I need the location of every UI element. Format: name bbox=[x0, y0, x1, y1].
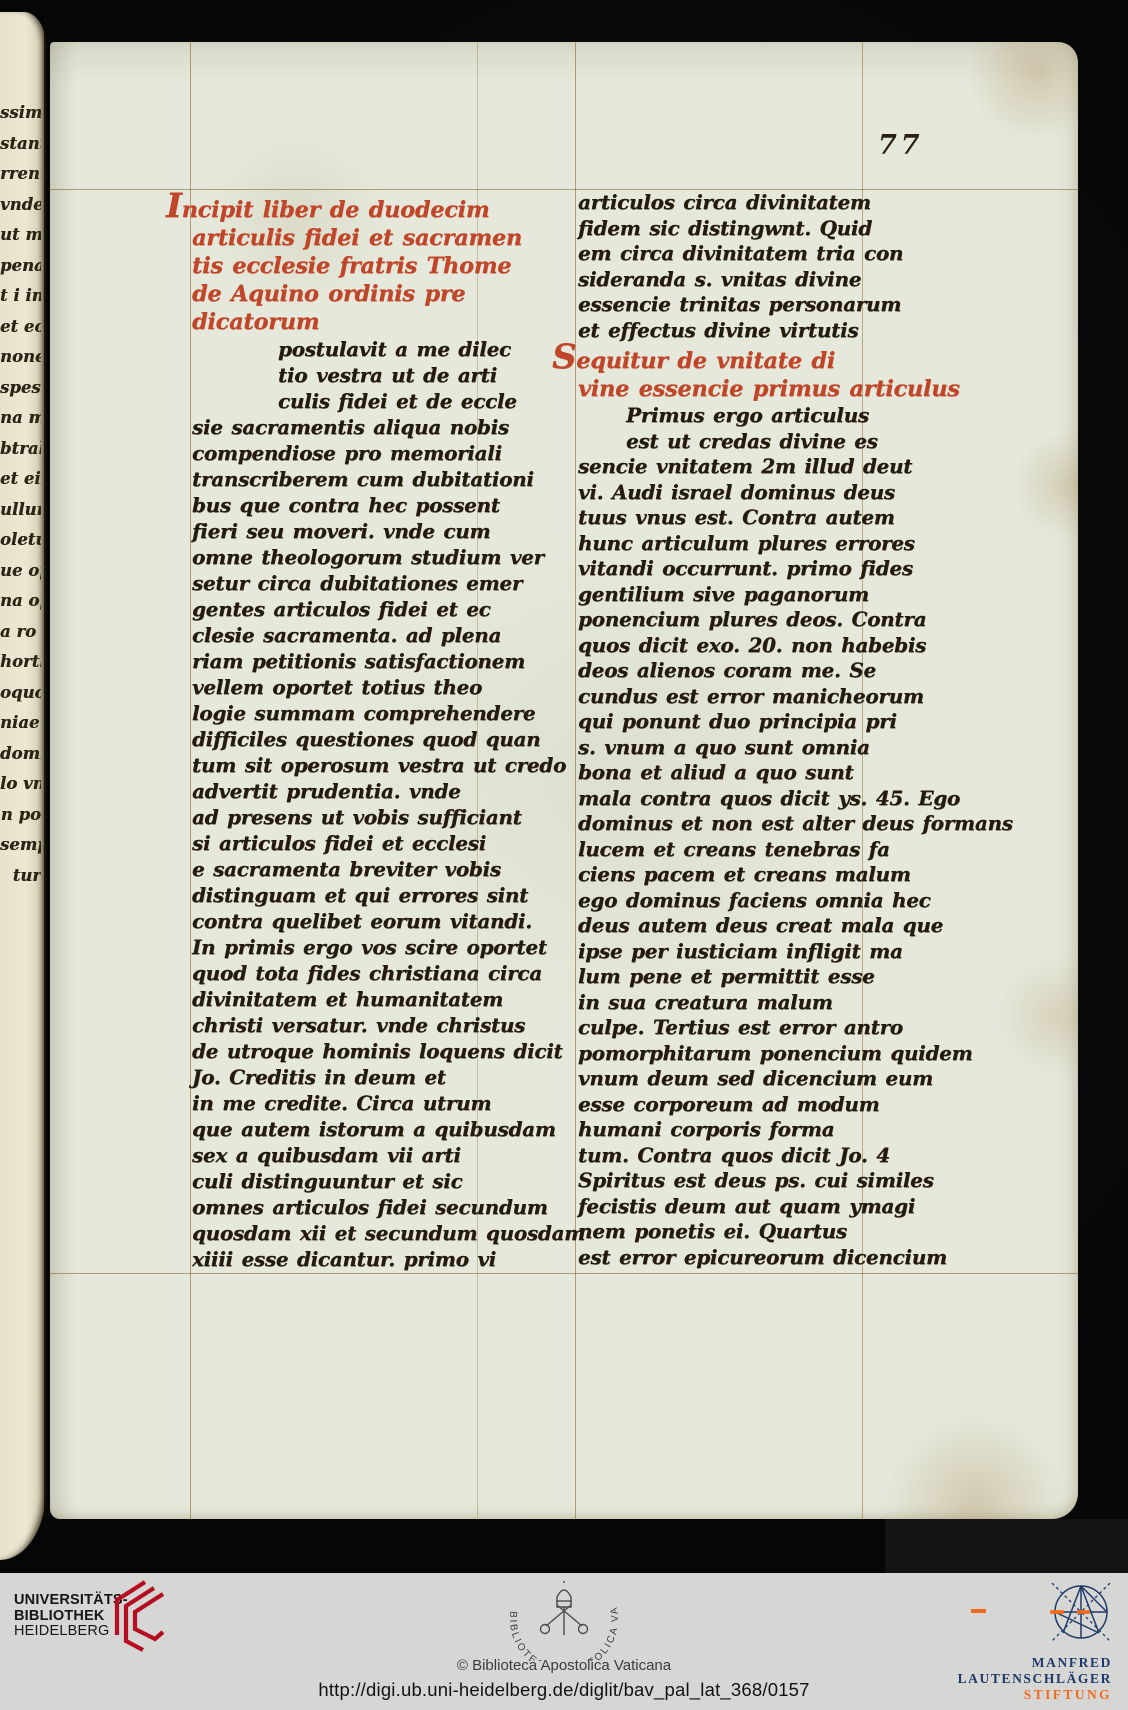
manuscript-text-line: in me credite. Circa utrum bbox=[192, 1090, 502, 1116]
manuscript-text-line: tio vestra ut de arti bbox=[192, 362, 502, 388]
manuscript-text-line: Jo. Creditis in deum et bbox=[192, 1064, 502, 1090]
manuscript-text-line: quod tota fides christiana circa bbox=[192, 960, 502, 986]
manuscript-text-line: de utroque hominis loquens dicit bbox=[192, 1038, 502, 1064]
manuscript-text-line: gentes articulos fidei et ec bbox=[192, 596, 502, 622]
marginalia-fragment: ulluno bbox=[0, 495, 41, 526]
marginalia-fragment: ssima pe bbox=[0, 98, 41, 129]
manuscript-text-line: christi versatur. vnde christus bbox=[192, 1012, 502, 1038]
manuscript-text-line: hunc articulum plures errores bbox=[578, 531, 888, 557]
ub-heidelberg-logo-icon bbox=[112, 1579, 168, 1658]
ruling-horizontal-bottom bbox=[50, 1273, 1078, 1274]
manuscript-text-line: xiiii esse dicantur. primo vi bbox=[192, 1246, 502, 1272]
manuscript-text-line: vellem oportet totius theo bbox=[192, 674, 502, 700]
marginalia-fragment: na opa bbox=[0, 586, 41, 617]
stiftung-dash-icon bbox=[971, 1609, 986, 1613]
manuscript-text-line: tum sit operosum vestra ut credo bbox=[192, 752, 502, 778]
page-bottom-shadow bbox=[885, 1519, 1128, 1573]
manuscript-text-line: pomorphitarum ponencium quidem bbox=[578, 1041, 888, 1067]
manuscript-text-line: quos dicit exo. 20. non habebis bbox=[578, 633, 888, 659]
manuscript-text-line: articulis fidei et sacramen bbox=[192, 224, 502, 252]
manuscript-text-line: tum. Contra quos dicit Jo. 4 bbox=[578, 1143, 888, 1169]
manuscript-text-line: sideranda s. vnitas divine bbox=[578, 267, 888, 293]
marginalia-fragment: tur bbox=[0, 861, 41, 892]
manuscript-text-line: in sua creatura malum bbox=[578, 990, 888, 1016]
stiftung-line3: STIFTUNG bbox=[958, 1687, 1112, 1703]
manuscript-text-line: nem ponetis ei. Quartus bbox=[578, 1219, 888, 1245]
stiftung-wordmark: MANFRED LAUTENSCHLÄGER STIFTUNG bbox=[958, 1655, 1112, 1703]
marginalia-fragment: et eis bbox=[0, 464, 41, 495]
marginalia-fragment: niae ex bbox=[0, 708, 41, 739]
manuscript-text-line: tuus vnus est. Contra autem bbox=[578, 505, 888, 531]
manuscript-text-line: bona et aliud a quo sunt bbox=[578, 760, 888, 786]
manuscript-text-line: lucem et creans tenebras fa bbox=[578, 837, 888, 863]
manuscript-text-line: tis ecclesie fratris Thome bbox=[192, 252, 502, 280]
ruling-vertical-col2-left bbox=[575, 42, 576, 1519]
manuscript-text-line: vi. Audi israel dominus deus bbox=[578, 480, 888, 506]
manuscript-text-line: logie summam comprehendere bbox=[192, 700, 502, 726]
manuscript-text-line: ad presens ut vobis sufficiant bbox=[192, 804, 502, 830]
stiftung-globe-icon bbox=[1044, 1583, 1114, 1648]
previous-page-edge: ssima pestanti eiusrrentesvnde deut mori… bbox=[0, 12, 46, 1560]
marginalia-fragment: spes de bbox=[0, 373, 41, 404]
marginalia-fragment: ue opa bbox=[0, 556, 41, 587]
manuscript-text-line: ciens pacem et creans malum bbox=[578, 862, 888, 888]
marginalia-fragment: semp bbox=[0, 830, 41, 861]
marginalia-fragment: a ro tra bbox=[0, 617, 41, 648]
marginalia-fragment: t i infer bbox=[0, 281, 41, 312]
manuscript-text-line: sex a quibusdam vii arti bbox=[192, 1142, 502, 1168]
manuscript-text-line: deus autem deus creat mala que bbox=[578, 913, 888, 939]
manuscript-text-line: articulos circa divinitatem bbox=[578, 190, 888, 216]
scan-viewport: ssima pestanti eiusrrentesvnde deut mori… bbox=[0, 0, 1128, 1573]
text-column-left: Incipit liber de duodecimarticulis fidei… bbox=[192, 192, 502, 1272]
manuscript-text-line: clesie sacramenta. ad plena bbox=[192, 622, 502, 648]
manuscript-text-line: essencie trinitas personarum bbox=[578, 292, 888, 318]
manuscript-text-line: dicatorum bbox=[192, 308, 502, 336]
manuscript-text-line: que autem istorum a quibusdam bbox=[192, 1116, 502, 1142]
manuscript-text-line: distinguam et qui errores sint bbox=[192, 882, 502, 908]
manuscript-text-line: cundus est error manicheorum bbox=[578, 684, 888, 710]
ub-heidelberg-wordmark: UNIVERSITÄTS- BIBLIOTHEK HEIDELBERG bbox=[14, 1593, 128, 1640]
manuscript-text-line: fidem sic distingwnt. Quid bbox=[578, 216, 888, 242]
marginalia-fragment: domi bbox=[0, 739, 41, 770]
ub-line2: BIBLIOTHEK bbox=[14, 1609, 128, 1625]
manuscript-text-line: In primis ergo vos scire oportet bbox=[192, 934, 502, 960]
marginalia-fragment: vnde de bbox=[0, 190, 41, 221]
marginalia-fragment: penas bbox=[0, 251, 41, 282]
stiftung-line1: MANFRED bbox=[958, 1655, 1112, 1671]
manuscript-text-line: esse corporeum ad modum bbox=[578, 1092, 888, 1118]
ruling-vertical-left bbox=[190, 42, 191, 1519]
manuscript-text-line: omnes articulos fidei secundum bbox=[192, 1194, 502, 1220]
marginalia-fragment: lo vn bbox=[0, 769, 41, 800]
manuscript-text-line: fieri seu moveri. vnde cum bbox=[192, 518, 502, 544]
text-column-right: articulos circa divinitatemfidem sic dis… bbox=[578, 190, 888, 1270]
marginalia-fragment: ut mori bbox=[0, 220, 41, 251]
manuscript-text-line: Spiritus est deus ps. cui similes bbox=[578, 1168, 888, 1194]
manuscript-text-line: fecistis deum aut quam ymagi bbox=[578, 1194, 888, 1220]
manuscript-text-line: em circa divinitatem tria con bbox=[578, 241, 888, 267]
ub-line1: UNIVERSITÄTS- bbox=[14, 1593, 128, 1609]
screenshot-root: ssima pestanti eiusrrentesvnde deut mori… bbox=[0, 0, 1128, 1710]
marginalia-fragment: stanti eius bbox=[0, 129, 41, 160]
marginalia-fragment: n po bbox=[0, 800, 41, 831]
manuscript-text-line: et effectus divine virtutis bbox=[578, 318, 888, 344]
manuscript-text-line: sencie vnitatem 2m illud deut bbox=[578, 454, 888, 480]
manuscript-text-line: advertit prudentia. vnde bbox=[192, 778, 502, 804]
manuscript-text-line: lum pene et permittit esse bbox=[578, 964, 888, 990]
manuscript-text-line: vitandi occurrunt. primo fides bbox=[578, 556, 888, 582]
manuscript-text-line: quosdam xii et secundum quosdam bbox=[192, 1220, 502, 1246]
manuscript-text-line: Primus ergo articulus bbox=[578, 403, 888, 429]
manuscript-text-line: culpe. Tertius est error antro bbox=[578, 1015, 888, 1041]
marginalia-fragment: rrentes bbox=[0, 159, 41, 190]
manuscript-text-line: transcriberem cum dubitationi bbox=[192, 466, 502, 492]
manuscript-text-line: postulavit a me dilec bbox=[192, 336, 502, 362]
manuscript-text-line: setur circa dubitationes emer bbox=[192, 570, 502, 596]
manuscript-text-line: est ut credas divine es bbox=[578, 429, 888, 455]
manuscript-text-line: dominus et non est alter deus formans bbox=[578, 811, 888, 837]
manuscript-text-line: compendiose pro memoriali bbox=[192, 440, 502, 466]
manuscript-text-line: qui ponunt duo principia pri bbox=[578, 709, 888, 735]
manuscript-text-line: de Aquino ordinis pre bbox=[192, 280, 502, 308]
ruling-horizontal-top bbox=[50, 189, 1078, 190]
manuscript-text-line: est error epicureorum dicencium bbox=[578, 1245, 888, 1271]
manuscript-text-line: omne theologorum studium ver bbox=[192, 544, 502, 570]
footer-bar: UNIVERSITÄTS- BIBLIOTHEK HEIDELBERG bbox=[0, 1573, 1128, 1710]
marginalia-fragment: na mi bbox=[0, 403, 41, 434]
manuscript-text-line: culi distinguuntur et sic bbox=[192, 1168, 502, 1194]
manuscript-text-line: ego dominus faciens omnia hec bbox=[578, 888, 888, 914]
manuscript-text-line: mala contra quos dicit ys. 45. Ego bbox=[578, 786, 888, 812]
manuscript-text-line: contra quelibet eorum vitandi. bbox=[192, 908, 502, 934]
manuscript-text-line: gentilium sive paganorum bbox=[578, 582, 888, 608]
marginalia-fragment: oletur bbox=[0, 525, 41, 556]
manuscript-page: 77 Incipit liber de duodecimarticulis fi… bbox=[50, 42, 1078, 1519]
stiftung-line2: LAUTENSCHLÄGER bbox=[958, 1671, 1112, 1687]
manuscript-text-line: s. vnum a quo sunt omnia bbox=[578, 735, 888, 761]
manuscript-text-line: deos alienos coram me. Se bbox=[578, 658, 888, 684]
manuscript-text-line: difficiles questiones quod quan bbox=[192, 726, 502, 752]
manuscript-text-line: ipse per iusticiam infligit ma bbox=[578, 939, 888, 965]
folio-number: 77 bbox=[878, 130, 924, 161]
marginalia-fragment: none na bbox=[0, 342, 41, 373]
vatican-emblem-icon: BIBLIOTECA APOSTOLICA VATICANA bbox=[497, 1581, 631, 1666]
manuscript-text-line: humani corporis forma bbox=[578, 1117, 888, 1143]
manuscript-text-line: vine essencie primus articulus bbox=[578, 375, 888, 403]
manuscript-text-line: si articulos fidei et ecclesi bbox=[192, 830, 502, 856]
marginalia-fragment: horth bbox=[0, 647, 41, 678]
manuscript-text-line: riam petitionis satisfactionem bbox=[192, 648, 502, 674]
marginalia-fragment: et eos bbox=[0, 312, 41, 343]
manuscript-text-line: ponencium plures deos. Contra bbox=[578, 607, 888, 633]
manuscript-text-line: bus que contra hec possent bbox=[192, 492, 502, 518]
manuscript-text-line: Sequitur de vnitate di bbox=[578, 343, 888, 375]
manuscript-text-line: culis fidei et de eccle bbox=[192, 388, 502, 414]
marginalia-fragment: oquot bbox=[0, 678, 41, 709]
manuscript-text-line: sie sacramentis aliqua nobis bbox=[192, 414, 502, 440]
manuscript-text-line: Incipit liber de duodecim bbox=[192, 192, 502, 224]
ub-line3: HEIDELBERG bbox=[14, 1624, 128, 1640]
manuscript-text-line: divinitatem et humanitatem bbox=[192, 986, 502, 1012]
manuscript-text-line: vnum deum sed dicencium eum bbox=[578, 1066, 888, 1092]
marginalia-fragment: btrahit bbox=[0, 434, 41, 465]
manuscript-text-line: e sacramenta breviter vobis bbox=[192, 856, 502, 882]
marginalia-column: ssima pestanti eiusrrentesvnde deut mori… bbox=[0, 98, 41, 891]
